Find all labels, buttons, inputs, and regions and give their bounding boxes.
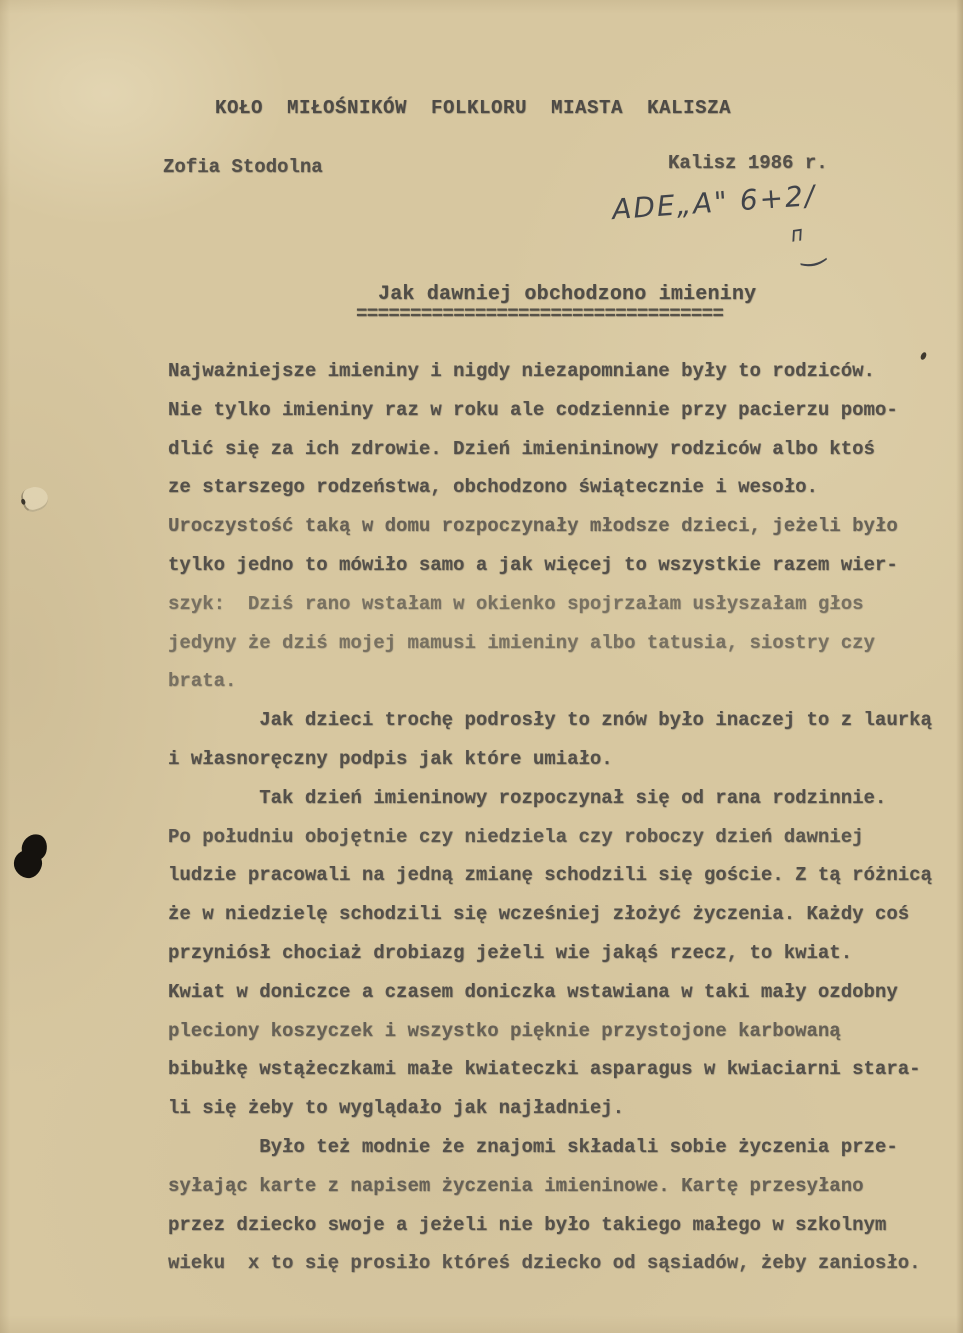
typed-line: że w niedzielę schodzili się wcześniej z… (168, 895, 958, 934)
typed-line: dlić się za ich zdrowie. Dzień imieninin… (168, 430, 958, 469)
typed-line: Po południu obojętnie czy niedziela czy … (168, 818, 958, 857)
typed-line: pleciony koszyczek i wszystko pięknie pr… (168, 1012, 958, 1051)
organization-header: KOŁO MIŁOŚNIKÓW FOLKLORU MIASTA KALISZA (215, 97, 731, 119)
typed-line: ze starszego rodzeństwa, obchodzono świą… (168, 468, 958, 507)
handwritten-archive-annotation: ADE„A" 6+2/ (611, 179, 817, 226)
typed-line: Najważniejsze imieniny i nigdy niezapomn… (168, 352, 958, 391)
typed-line: przez dziecko swoje a jeżeli nie było ta… (168, 1206, 958, 1245)
typed-line: brata. (168, 662, 958, 701)
typed-line: przyniósł chociaż drobiazg jeżeli wie ja… (168, 934, 958, 973)
typed-line: Nie tylko imieniny raz w roku ale codzie… (168, 391, 958, 430)
typed-line: Jak dzieci trochę podrosły to znów było … (168, 701, 958, 740)
title-underline: ================================== (356, 303, 723, 325)
typed-line: Kwiat w doniczce a czasem doniczka wstaw… (168, 973, 958, 1012)
typed-line: bibułkę wstążeczkami małe kwiateczki asp… (168, 1050, 958, 1089)
author-name: Zofia Stodolna (163, 156, 323, 178)
typed-line: li się żeby to wyglądało jak najładniej. (168, 1089, 958, 1128)
typed-line: Tak dzień imieninowy rozpoczynał się od … (168, 779, 958, 818)
paper-tear-mark (19, 484, 51, 515)
typed-line: Było też modnie że znajomi składali sobi… (168, 1128, 958, 1167)
scanned-document-page: KOŁO MIŁOŚNIKÓW FOLKLORU MIASTA KALISZA … (0, 0, 963, 1333)
typed-line: wieku x to się prosiło któreś dziecko od… (168, 1244, 958, 1283)
typed-body-text: Najważniejsze imieniny i nigdy niezapomn… (168, 352, 958, 1283)
handwritten-annotation-curl: ‿ (796, 230, 827, 269)
place-date-line: Kalisz 1986 r. (668, 152, 828, 174)
ink-blot-stain (19, 831, 50, 863)
typed-line: i własnoręczny podpis jak które umiało. (168, 740, 958, 779)
typed-line: szyk: Dziś rano wstałam w okienko spojrz… (168, 585, 958, 624)
typed-line: syłając karte z napisem życzenia imienin… (168, 1167, 958, 1206)
typed-line: Uroczystość taką w domu rozpoczynały mło… (168, 507, 958, 546)
typed-line: tylko jedno to mówiło samo a jak więcej … (168, 546, 958, 585)
typed-line: jedyny że dziś mojej mamusi imieniny alb… (168, 624, 958, 663)
typed-line: ludzie pracowali na jedną zmianę schodzi… (168, 856, 958, 895)
